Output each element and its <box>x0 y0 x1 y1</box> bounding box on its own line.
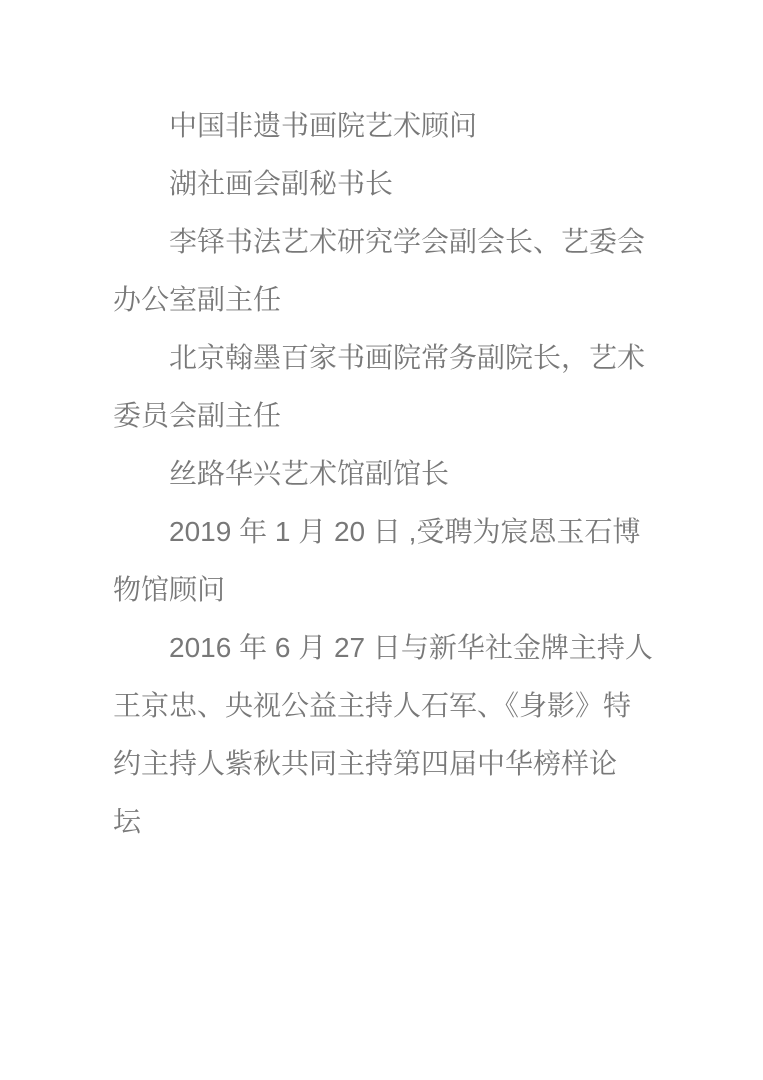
text-block: 中国非遗书画院艺术顾问湖社画会副秘书长李铎书法艺术研究学会副会长、艺委会办公室副… <box>113 97 675 851</box>
text-line: 湖社画会副秘书长 <box>113 155 675 213</box>
text-line: 王京忠、央视公益主持人石军、《身影》特 <box>113 677 675 735</box>
paragraph: 北京翰墨百家书画院常务副院长，艺术委员会副主任 <box>113 329 675 445</box>
paragraph: 2019 年 1 月 20 日 ,受聘为宸恩玉石博物馆顾问 <box>113 503 675 619</box>
text-line: 物馆顾问 <box>113 561 675 619</box>
text-line: 2016 年 6 月 27 日与新华社金牌主持人 <box>113 619 675 677</box>
paragraph: 丝路华兴艺术馆副馆长 <box>113 445 675 503</box>
text-line: 李铎书法艺术研究学会副会长、艺委会 <box>113 213 675 271</box>
text-line: 约主持人紫秋共同主持第四届中华榜样论 <box>113 735 675 793</box>
text-line: 坛 <box>113 793 675 851</box>
text-line: 2019 年 1 月 20 日 ,受聘为宸恩玉石博 <box>113 503 675 561</box>
paragraph: 湖社画会副秘书长 <box>113 155 675 213</box>
text-line: 委员会副主任 <box>113 387 675 445</box>
paragraph: 中国非遗书画院艺术顾问 <box>113 97 675 155</box>
paragraph: 李铎书法艺术研究学会副会长、艺委会办公室副主任 <box>113 213 675 329</box>
text-line: 北京翰墨百家书画院常务副院长，艺术 <box>113 329 675 387</box>
paragraph: 2016 年 6 月 27 日与新华社金牌主持人王京忠、央视公益主持人石军、《身… <box>113 619 675 851</box>
text-line: 丝路华兴艺术馆副馆长 <box>113 445 675 503</box>
document-page: 中国非遗书画院艺术顾问湖社画会副秘书长李铎书法艺术研究学会副会长、艺委会办公室副… <box>0 0 763 1080</box>
text-line: 办公室副主任 <box>113 271 675 329</box>
text-line: 中国非遗书画院艺术顾问 <box>113 97 675 155</box>
